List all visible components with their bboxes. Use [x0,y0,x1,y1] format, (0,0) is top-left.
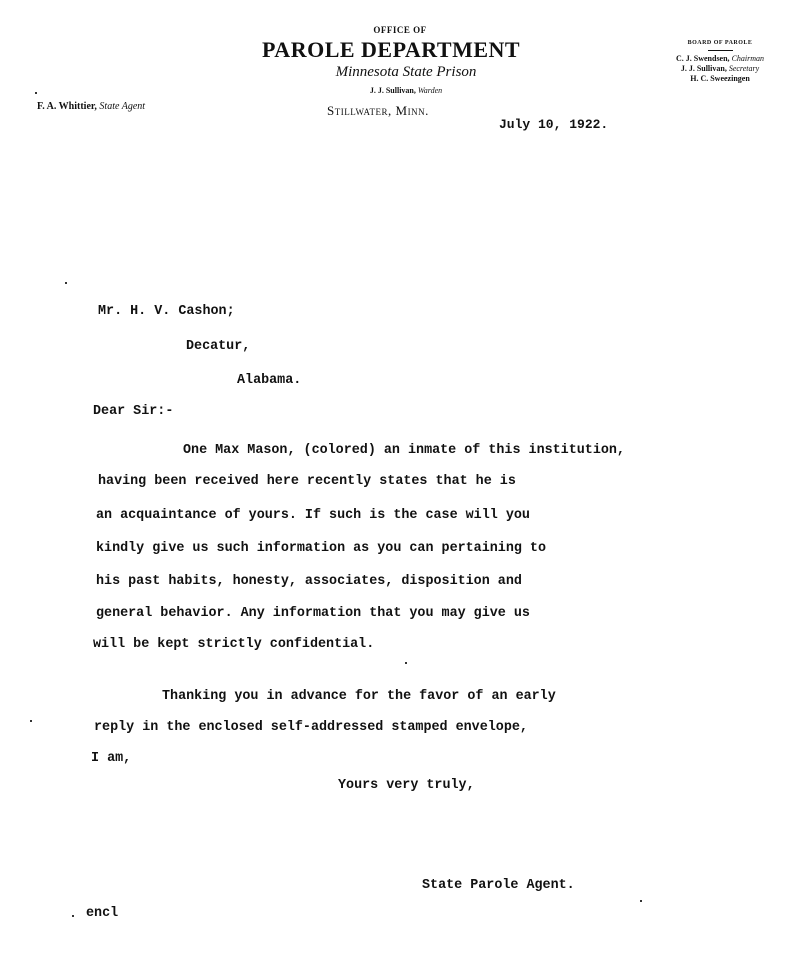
scan-speck [35,92,37,94]
agent-title: State Agent [99,101,145,112]
body-line: an acquaintance of yours. If such is the… [96,508,530,523]
board-divider [708,50,733,51]
body-line: his past habits, honesty, associates, di… [96,574,522,589]
board-member: J. J. Sullivan, Secretary [640,64,800,74]
letterhead-warden: J. J. Sullivan, Warden [0,86,800,95]
scan-speck [405,662,407,664]
scan-speck [640,900,642,902]
scan-speck [65,282,67,284]
board-member: C. J. Swendsen, Chairman [640,54,800,64]
letterhead-agent: F. A. Whittier, State Agent [37,101,145,112]
body-line: kindly give us such information as you c… [96,541,546,556]
scan-speck [30,720,32,722]
body-line: One Max Mason, (colored) an inmate of th… [183,443,625,458]
body-line: Thanking you in advance for the favor of… [162,689,556,704]
warden-title: Warden [418,86,442,95]
signature-title: State Parole Agent. [422,878,575,893]
letterhead-department: PAROLE DEPARTMENT [262,37,520,63]
body-line: general behavior. Any information that y… [96,606,530,621]
address-line-name: Mr. H. V. Cashon; [98,304,235,319]
agent-name: F. A. Whittier, [37,101,97,112]
body-line: having been received here recently state… [98,474,516,489]
letter-date: July 10, 1922. [499,117,608,132]
letterhead-office-of: OFFICE OF [0,25,800,35]
closing: Yours very truly, [338,778,475,793]
board-member: H. C. Sweezingen [640,74,800,84]
warden-name: J. J. Sullivan, [370,86,416,95]
letterhead-city: Stillwater, Minn. [327,103,429,119]
address-line-state: Alabama. [237,373,301,388]
body-line: will be kept strictly confidential. [93,637,374,652]
board-heading: BOARD OF PAROLE [640,38,800,48]
enclosure-note: encl [86,906,118,921]
scan-speck [72,915,74,917]
board-of-parole: BOARD OF PAROLE C. J. Swendsen, Chairman… [640,38,800,84]
salutation: Dear Sir:- [93,404,173,419]
body-line: reply in the enclosed self-addressed sta… [94,720,528,735]
address-line-city: Decatur, [186,339,250,354]
closing-prefix: I am, [91,751,131,766]
